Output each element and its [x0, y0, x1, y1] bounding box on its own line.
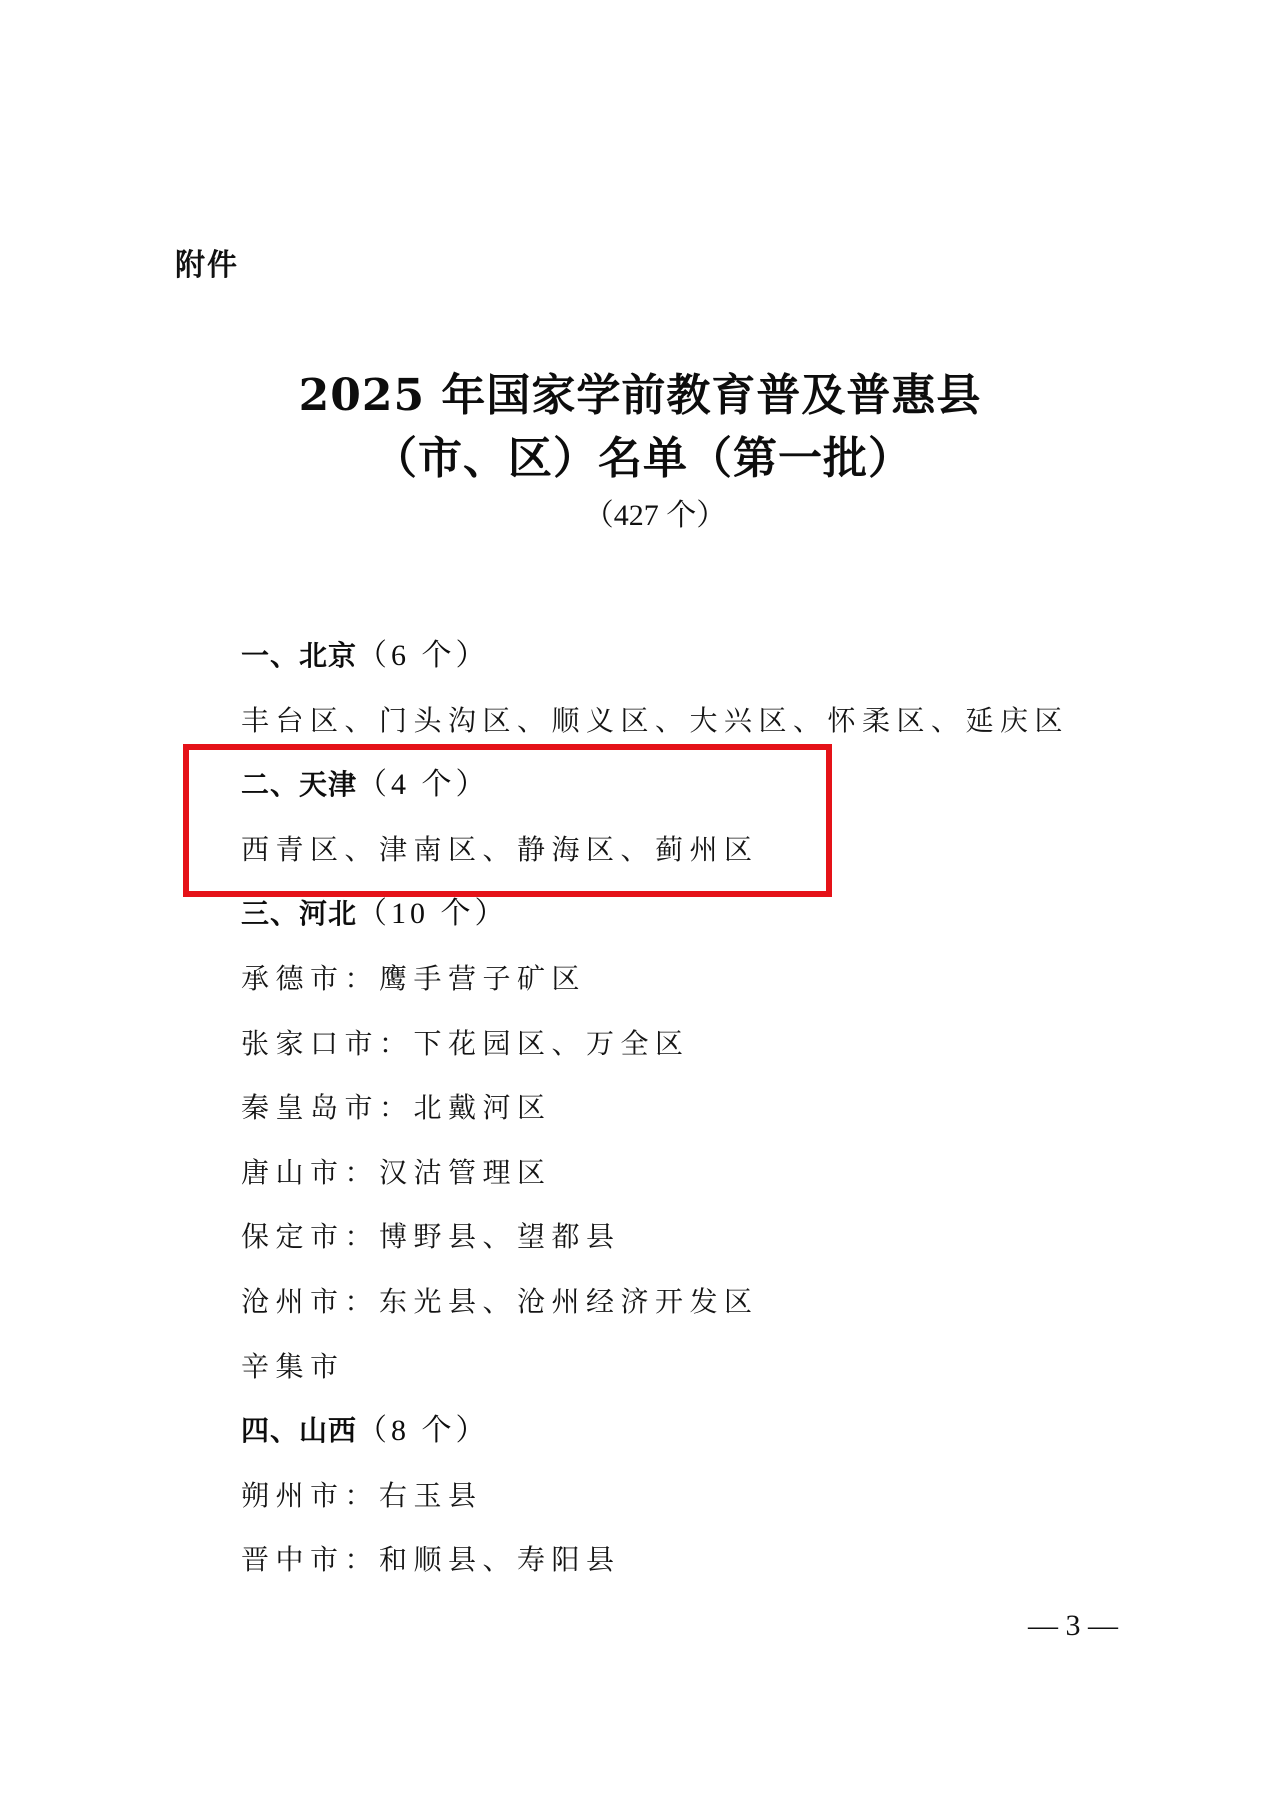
section-count: （6 个）	[357, 639, 490, 672]
section-name: 四、山西	[241, 1414, 357, 1447]
list-item: 张家口市：下花园区、万全区	[241, 1012, 1141, 1077]
attachment-label: 附件	[175, 246, 239, 286]
list-item: 沧州市：东光县、沧州经济开发区	[241, 1270, 1141, 1335]
section-heading-shanxi: 四、山西（8 个）	[241, 1399, 1141, 1464]
total-count: （427 个）	[0, 496, 1280, 536]
list-item: 朔州市：右玉县	[241, 1464, 1141, 1529]
list-item: 西青区、津南区、静海区、蓟州区	[241, 818, 1141, 883]
section-count: （10 个）	[357, 897, 509, 930]
county-list: 一、北京（6 个） 丰台区、门头沟区、顺义区、大兴区、怀柔区、延庆区 二、天津（…	[241, 624, 1141, 1593]
list-item: 晋中市：和顺县、寿阳县	[241, 1528, 1141, 1593]
section-name: 二、天津	[241, 768, 357, 801]
section-heading-beijing: 一、北京（6 个）	[241, 624, 1141, 689]
list-item: 承德市：鹰手营子矿区	[241, 947, 1141, 1012]
list-item: 丰台区、门头沟区、顺义区、大兴区、怀柔区、延庆区	[241, 689, 1141, 754]
section-name: 一、北京	[241, 639, 357, 672]
title-line-2: （市、区）名单（第一批）	[0, 427, 1280, 490]
document-title: 2025 年国家学前教育普及普惠县 （市、区）名单（第一批） （427 个）	[0, 364, 1280, 536]
section-count: （4 个）	[357, 768, 490, 801]
document-page: 附件 2025 年国家学前教育普及普惠县 （市、区）名单（第一批） （427 个…	[0, 0, 1280, 1810]
list-item: 秦皇岛市：北戴河区	[241, 1076, 1141, 1141]
section-name: 三、河北	[241, 897, 357, 930]
list-item: 保定市：博野县、望都县	[241, 1205, 1141, 1270]
section-heading-hebei: 三、河北（10 个）	[241, 882, 1141, 947]
list-item: 唐山市：汉沽管理区	[241, 1141, 1141, 1206]
section-heading-tianjin: 二、天津（4 个）	[241, 753, 1141, 818]
section-count: （8 个）	[357, 1414, 490, 1447]
title-line-1: 2025 年国家学前教育普及普惠县	[0, 364, 1280, 427]
list-item: 辛集市	[241, 1335, 1141, 1400]
page-number: — 3 —	[1028, 1606, 1118, 1646]
